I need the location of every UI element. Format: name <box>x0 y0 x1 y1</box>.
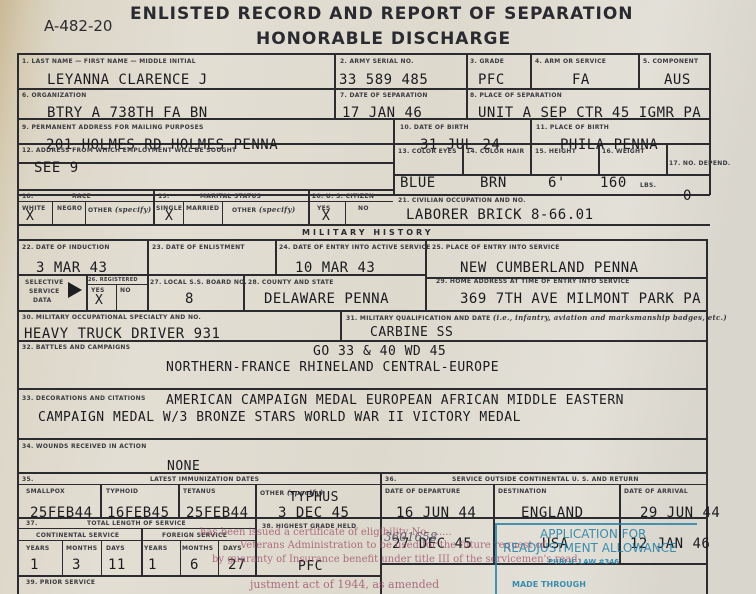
eligibility-stamp-line4: justment act of 1944, as amended <box>250 578 439 591</box>
label-name: 1. LAST NAME — FIRST NAME — MIDDLE INITI… <box>22 58 196 65</box>
label-citizen: 20. U. S. CITIZEN <box>312 193 374 200</box>
label-component: 5. COMPONENT <box>643 58 698 65</box>
label-service-outside-num: 36. <box>385 476 397 483</box>
departure-1: 16 JUN 44 <box>396 505 476 521</box>
label-tetanus: TETANUS <box>183 488 216 495</box>
label-qualification: 31. MILITARY QUALIFICATION AND DATE (i.e… <box>346 313 727 322</box>
label-permanent-address: 9. PERMANENT ADDRESS FOR MAILING PURPOSE… <box>22 124 204 131</box>
label-weight: 16. WEIGHT <box>602 148 645 155</box>
label-cont-years: YEARS <box>26 545 50 552</box>
label-grade: 3. GRADE <box>470 58 504 65</box>
value-cont-years: 1 <box>30 557 39 573</box>
selective-service-line1: SELECTIVE <box>25 279 64 286</box>
value-cont-days: 11 <box>108 557 126 573</box>
value-employment-address: SEE 9 <box>34 160 79 176</box>
race-other-text: OTHER <box>88 207 112 214</box>
label-arrival: DATE OF ARRIVAL <box>624 488 688 495</box>
label-cont-months: MONTHS <box>66 545 97 552</box>
destination-1: ENGLAND <box>521 505 584 521</box>
value-decorations-line1: AMERICAN CAMPAIGN MEDAL EUROPEAN AFRICAN… <box>166 393 624 408</box>
value-for-years: 1 <box>148 557 157 573</box>
readjustment-stamp-line4: MADE THROUGH <box>512 580 586 589</box>
label-race-num: 18. <box>22 193 34 200</box>
label-color-eyes: 13. COLOR EYES <box>398 148 457 155</box>
label-race: RACE <box>72 193 91 200</box>
value-component: AUS <box>664 72 691 88</box>
value-qualification: CARBINE SS <box>370 325 453 340</box>
value-color-eyes: BLUE <box>400 175 436 191</box>
value-smallpox: 25FEB44 <box>30 505 93 521</box>
label-mos: 30. MILITARY OCCUPATIONAL SPECIALTY AND … <box>22 314 201 321</box>
label-prior-service: 39. PRIOR SERVICE <box>26 579 95 586</box>
marital-option-married[interactable]: MARRIED <box>186 205 219 212</box>
label-place-separation: 8. PLACE OF SEPARATION <box>470 92 562 99</box>
value-arm-service: FA <box>572 72 590 88</box>
label-marital: MARITAL STATUS <box>200 193 261 200</box>
value-ss-board: 8 <box>185 291 194 307</box>
value-organization: BTRY A 738TH FA BN <box>47 105 208 121</box>
label-date-enlistment: 23. DATE OF ENLISTMENT <box>152 244 245 251</box>
label-county-state: 28. COUNTY AND STATE <box>248 279 334 286</box>
label-destination: DESTINATION <box>498 488 547 495</box>
label-date-entry: 24. DATE OF ENTRY INTO ACTIVE SERVICE <box>279 244 431 251</box>
marital-mark: X <box>165 209 173 224</box>
selective-service-line2: SERVICE <box>29 288 60 295</box>
citizen-mark: X <box>322 209 330 224</box>
label-home-address: 29. HOME ADDRESS AT TIME OF ENTRY INTO S… <box>436 278 630 285</box>
label-date-separation: 7. DATE OF SEPARATION <box>340 92 428 99</box>
label-cont-days: DAYS <box>106 545 125 552</box>
label-marital-num: 19. <box>158 193 170 200</box>
label-arm-service: 4. ARM OR SERVICE <box>535 58 606 65</box>
weight-unit: LBS. <box>640 182 656 189</box>
selective-service-line3: DATA <box>33 297 52 304</box>
label-date-birth: 10. DATE OF BIRTH <box>400 124 469 131</box>
marital-option-other[interactable]: OTHER (specify) <box>232 205 295 214</box>
eligibility-number: 3601658 <box>384 530 437 544</box>
value-weight: 160 <box>600 175 627 191</box>
readjustment-stamp-line2: READJUSTMENT ALLOWANCE <box>503 541 677 555</box>
label-immunization: LATEST IMMUNIZATION DATES <box>150 476 259 483</box>
value-for-months: 6 <box>190 557 199 573</box>
arrival-1: 29 JUN 44 <box>640 505 720 521</box>
value-civilian-occupation: LABORER BRICK 8-66.01 <box>406 207 594 223</box>
marital-specify: (specify) <box>259 205 296 214</box>
value-date-induction: 3 MAR 43 <box>36 260 107 276</box>
form-number: A-482-20 <box>44 17 112 35</box>
label-registered: 26. REGISTERED <box>88 277 138 283</box>
label-wounds: 34. WOUNDS RECEIVED IN ACTION <box>22 443 147 450</box>
label-immunization-num: 35. <box>22 476 34 483</box>
label-for-years: YEARS <box>144 545 168 552</box>
value-color-hair: BRN <box>480 175 507 191</box>
qualification-label-text: 31. MILITARY QUALIFICATION AND DATE <box>346 315 491 322</box>
form-title: ENLISTED RECORD AND REPORT OF SEPARATION <box>130 4 634 24</box>
value-county-state: DELAWARE PENNA <box>264 291 389 307</box>
label-color-hair: 14. COLOR HAIR <box>466 148 524 155</box>
citizen-option-no[interactable]: NO <box>358 205 369 212</box>
label-length-num: 37. <box>26 520 38 527</box>
other-immunization-text: OTHER <box>260 490 284 497</box>
label-ss-board: 27. LOCAL S.S. BOARD NO. <box>150 279 247 286</box>
label-place-birth: 11. PLACE OF BIRTH <box>536 124 609 131</box>
marital-other-text: OTHER <box>232 207 256 214</box>
form-subtitle: HONORABLE DISCHARGE <box>256 29 511 49</box>
section-military-history: MILITARY HISTORY <box>302 228 434 237</box>
label-serial: 2. ARMY SERIAL NO. <box>340 58 414 65</box>
value-dependents: 0 <box>683 188 692 204</box>
value-battles-orders: GO 33 & 40 WD 45 <box>313 344 446 359</box>
label-typhoid: TYPHOID <box>106 488 138 495</box>
value-date-separation: 17 JAN 46 <box>342 105 422 121</box>
value-other-immunization-type: TYPHUS <box>289 490 339 505</box>
label-organization: 6. ORGANIZATION <box>22 92 87 99</box>
qualification-label-note: (i.e., infantry, aviation and marksmansh… <box>493 313 727 322</box>
registered-option-no[interactable]: NO <box>120 287 131 294</box>
value-cont-months: 3 <box>72 557 81 573</box>
race-mark: X <box>26 209 34 224</box>
label-height: 15. HEIGHT <box>535 148 576 155</box>
label-service-outside: SERVICE OUTSIDE CONTINENTAL U. S. AND RE… <box>452 476 639 483</box>
value-date-entry: 10 MAR 43 <box>295 260 375 276</box>
value-place-entry: NEW CUMBERLAND PENNA <box>460 260 639 276</box>
label-employment-address: 12. ADDRESS FROM WHICH EMPLOYMENT WILL B… <box>22 147 236 154</box>
race-option-negro[interactable]: NEGRO <box>57 205 82 212</box>
value-name: LEYANNA CLARENCE J <box>47 72 208 88</box>
value-height: 6' <box>548 175 566 191</box>
label-battles: 32. BATTLES AND CAMPAIGNS <box>22 344 130 351</box>
value-grade: PFC <box>478 72 505 88</box>
arrow-right-icon <box>68 282 82 298</box>
label-decorations: 33. DECORATIONS AND CITATIONS <box>22 395 146 402</box>
label-civilian-occupation: 21. CIVILIAN OCCUPATION AND NO. <box>398 197 526 204</box>
value-home-address: 369 7TH AVE MILMONT PARK PA <box>460 291 701 307</box>
value-decorations-line2: CAMPAIGN MEDAL W/3 BRONZE STARS WORLD WA… <box>38 410 521 425</box>
value-other-immunization-date: 3 DEC 45 <box>278 505 349 521</box>
label-place-entry: 25. PLACE OF ENTRY INTO SERVICE <box>432 244 560 251</box>
label-length: TOTAL LENGTH OF SERVICE <box>87 520 186 527</box>
registered-mark: X <box>95 293 103 308</box>
race-option-other[interactable]: OTHER (specify) <box>88 205 151 214</box>
label-smallpox: SMALLPOX <box>26 488 65 495</box>
label-date-induction: 22. DATE OF INDUCTION <box>22 244 110 251</box>
label-for-months: MONTHS <box>182 545 213 552</box>
label-departure: DATE OF DEPARTURE <box>385 488 460 495</box>
value-tetanus: 25FEB44 <box>186 505 249 521</box>
readjustment-stamp-line1: APPLICATION FOR <box>540 527 646 541</box>
value-serial: 33 589 485 <box>339 72 428 88</box>
value-place-separation: UNIT A SEP CTR 45 IGMR PA <box>478 105 701 121</box>
label-continental: CONTINENTAL SERVICE <box>36 532 119 539</box>
race-specify: (specify) <box>115 205 152 214</box>
value-battles-campaigns: NORTHERN-FRANCE RHINELAND CENTRAL-EUROPE <box>166 360 499 375</box>
readjustment-stamp-line3: PUBLIC LAW #346 <box>548 558 619 566</box>
label-dependents: 17. NO. DEPEND. <box>669 160 730 167</box>
value-typhoid: 16FEB45 <box>107 505 170 521</box>
